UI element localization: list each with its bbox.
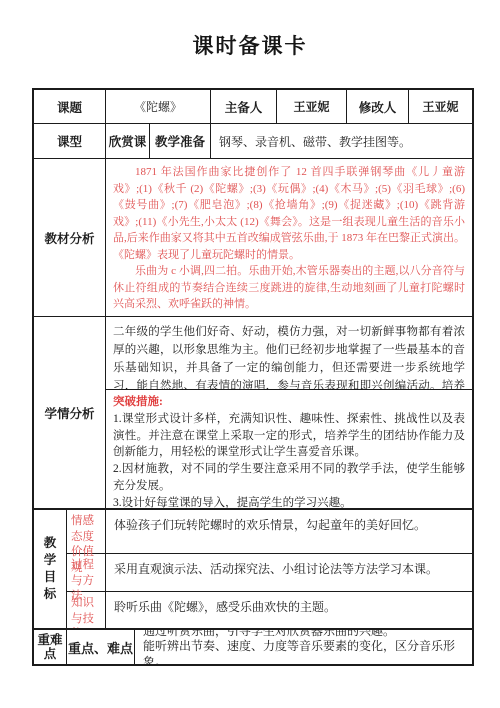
objective-affective-content: 体验孩子们玩转陀螺时的欢乐情景，勾起童年的美好回忆。 bbox=[106, 510, 472, 553]
student-analysis-content: 二年级的学生他们好奇、好动，模仿力强，对一切新鲜事物都有着浓厚的兴趣，以形象思维… bbox=[106, 317, 472, 508]
page-title: 课时备课卡 bbox=[0, 30, 500, 60]
student-analysis-label: 学情分析 bbox=[34, 317, 106, 508]
objectives-subtable: 情感态度价值观 体验孩子们玩转陀螺时的欢乐情景，勾起童年的美好回忆。 过程与方法… bbox=[67, 510, 472, 628]
breakthrough-measures: 突破措施: 1.课堂形式设计多样，充满知识性、趣味性、探索性、挑战性以及表演性。… bbox=[106, 390, 472, 508]
breakthrough-measures-title: 突破措施: bbox=[113, 394, 465, 411]
material-analysis-content: 1871 年法国作曲家比捷创作了 12 首四手联弹钢琴曲《儿丿童游戏》;(1)《… bbox=[106, 159, 472, 316]
objective-affective-label: 情感态度价值观 bbox=[67, 510, 106, 553]
objective-row-knowledge: 知识与技能 聆听乐曲《陀螺》，感受乐曲欢快的主题。 bbox=[67, 592, 472, 628]
key-points-content: 通过听赏乐曲，引导学生对欣赏器乐曲的兴趣。 能听辨出节奏、速度、力度等音乐要素的… bbox=[135, 630, 472, 664]
measure-item: 3.设计好每堂课的导入，提高学生的学习兴趣。 bbox=[113, 495, 465, 508]
objectives-label: 教学目标 bbox=[34, 510, 67, 628]
key-points-row: 重难点 重点、难点 通过听赏乐曲，引导学生对欣赏器乐曲的兴趣。 能听辨出节奏、速… bbox=[34, 630, 472, 664]
material-analysis-label: 教材分析 bbox=[34, 159, 106, 316]
measure-item: 2.因材施教，对不同的学生要注意采用不同的教学手法，使学生能够充分发展。 bbox=[113, 461, 465, 495]
student-analysis-paragraph: 二年级的学生他们好奇、好动，模仿力强，对一切新鲜事物都有着浓厚的兴趣，以形象思维… bbox=[106, 317, 472, 390]
objective-process-label: 过程与方法 bbox=[67, 554, 106, 591]
objective-process-content: 采用直观演示法、活动探究法、小组讨论法等方法学习本课。 bbox=[106, 554, 472, 591]
author-label: 主备人 bbox=[211, 90, 277, 123]
key-points-line-1: 通过听赏乐曲，引导学生对欣赏器乐曲的兴趣。 bbox=[143, 630, 464, 639]
key-points-label: 重难点 bbox=[34, 630, 67, 664]
student-analysis-row: 学情分析 二年级的学生他们好奇、好动，模仿力强，对一切新鲜事物都有着浓厚的兴趣，… bbox=[34, 317, 472, 510]
objectives-row: 教学目标 情感态度价值观 体验孩子们玩转陀螺时的欢乐情景，勾起童年的美好回忆。 … bbox=[34, 510, 472, 630]
objective-knowledge-label: 知识与技能 bbox=[67, 592, 106, 628]
editor-value: 王亚妮 bbox=[409, 90, 472, 123]
key-points-sublabel: 重点、难点 bbox=[67, 630, 135, 664]
lesson-plan-page: 课时备课卡 课题 《陀螺》 主备人 王亚妮 修改人 王亚妮 课型 欣赏课 教学准… bbox=[0, 0, 500, 708]
objective-knowledge-content: 聆听乐曲《陀螺》，感受乐曲欢快的主题。 bbox=[106, 592, 472, 628]
prep-value: 钢琴、录音机、磁带、教学挂图等。 bbox=[211, 124, 472, 158]
material-analysis-paragraph-1: 1871 年法国作曲家比捷创作了 12 首四手联弹钢琴曲《儿丿童游戏》;(1)《… bbox=[113, 164, 465, 263]
subject-label: 课题 bbox=[34, 90, 106, 123]
key-points-line-2: 能听辨出节奏、速度、力度等音乐要素的变化，区分音乐形象。 bbox=[143, 639, 464, 664]
lesson-plan-table: 课题 《陀螺》 主备人 王亚妮 修改人 王亚妮 课型 欣赏课 教学准备 钢琴、录… bbox=[32, 88, 474, 666]
material-analysis-paragraph-2: 乐曲为 c 小调,四二拍。乐曲开始,木管乐器奏出的主题,以八分音符与休止符组成的… bbox=[113, 263, 465, 313]
subject-value: 《陀螺》 bbox=[106, 90, 211, 123]
objective-row-process: 过程与方法 采用直观演示法、活动探究法、小组讨论法等方法学习本课。 bbox=[67, 554, 472, 592]
material-analysis-row: 教材分析 1871 年法国作曲家比捷创作了 12 首四手联弹钢琴曲《儿丿童游戏》… bbox=[34, 159, 472, 317]
author-value: 王亚妮 bbox=[277, 90, 347, 123]
lesson-type-value: 欣赏课 bbox=[106, 124, 150, 158]
type-row: 课型 欣赏课 教学准备 钢琴、录音机、磁带、教学挂图等。 bbox=[34, 124, 472, 159]
info-row: 课题 《陀螺》 主备人 王亚妮 修改人 王亚妮 bbox=[34, 90, 472, 124]
measure-item: 1.课堂形式设计多样，充满知识性、趣味性、探索性、挑战性以及表演性。并注意在课堂… bbox=[113, 411, 465, 461]
lesson-type-label: 课型 bbox=[34, 124, 106, 158]
objective-row-affective: 情感态度价值观 体验孩子们玩转陀螺时的欢乐情景，勾起童年的美好回忆。 bbox=[67, 510, 472, 554]
prep-label: 教学准备 bbox=[150, 124, 211, 158]
editor-label: 修改人 bbox=[347, 90, 409, 123]
